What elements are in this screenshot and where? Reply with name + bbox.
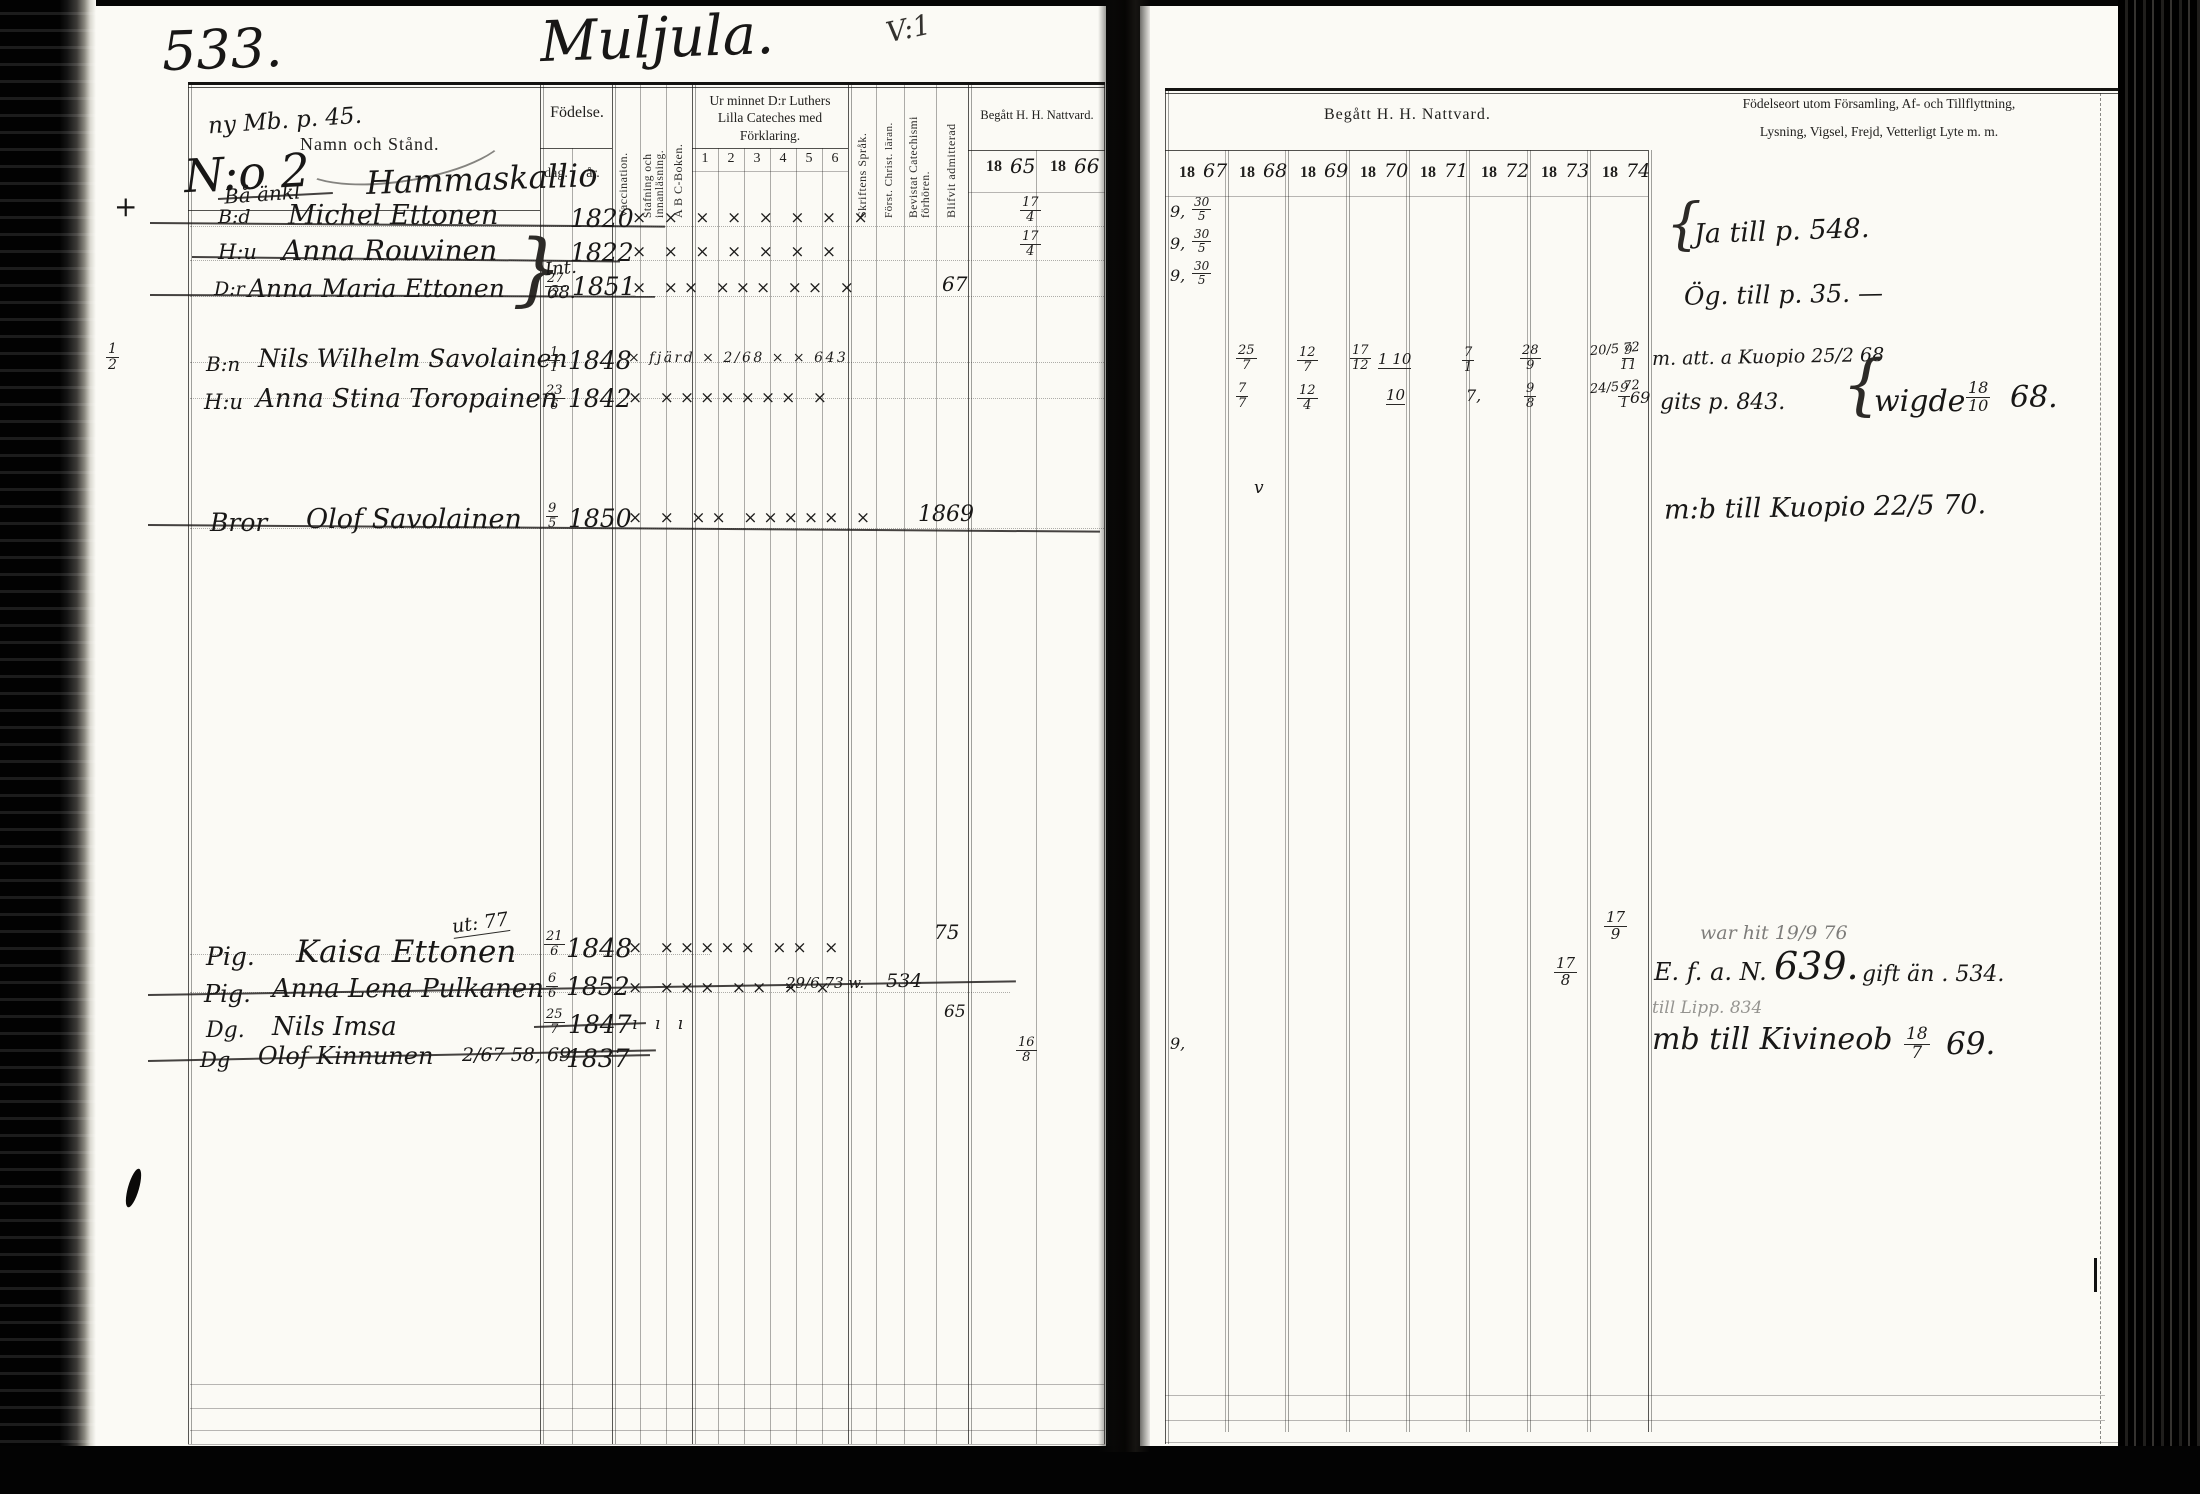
entry-1-communion-date: 174 [1020, 230, 1041, 258]
frac-top: 25 [544, 1008, 565, 1023]
grid-line-v [796, 148, 797, 1444]
grid-line-v [1466, 150, 1467, 1432]
year-1868-printed: 18 [1239, 164, 1255, 182]
frac-bottom: 4 [1303, 399, 1311, 413]
grid-line-h [692, 148, 848, 149]
grid-line-v [770, 148, 771, 1444]
grid-line-v [1587, 150, 1588, 1432]
annotation-moved-kivine-date: 187 [1904, 1026, 1930, 1063]
header-spelling-2: innanläsning. [654, 98, 666, 218]
grid-line-h [692, 171, 848, 172]
frac-top: 17 [1350, 344, 1371, 359]
year-1872-printed: 18 [1481, 164, 1497, 182]
table-left-border [188, 84, 189, 1444]
annotation-moved-kuopio: m:b till Kuopio 22/5 70. [1664, 489, 1987, 526]
frac-bottom: 4 [1026, 245, 1034, 259]
comm-mark-frac: 257 [1236, 344, 1257, 372]
frac-bottom: 7 [1911, 1045, 1922, 1063]
footer-rule [1165, 1420, 2105, 1421]
frac-bottom: 6 [550, 399, 558, 413]
header-cat-col-4: 4 [770, 151, 796, 167]
frac-top: 25 [1236, 344, 1257, 359]
entry-3-reading-marks: × fjärd × 2/68 × × 643 [628, 350, 848, 366]
header-attended-2: förhören. [920, 96, 932, 218]
grid-line-v [876, 84, 877, 1444]
frac-top: 27 [545, 272, 566, 287]
comm-mark-frac: 71 [1462, 346, 1474, 374]
entry-4-birth-day: 236 [544, 384, 565, 412]
entry-3-name: Nils Wilhelm Savolainen [258, 344, 568, 373]
table-top-rule-right [1165, 88, 2118, 91]
annotation-faint-834: till Lipp. 834 [1652, 998, 1762, 1018]
header-catechism-3: Förklaring. [694, 128, 846, 144]
header-birth: Födelse. [542, 104, 612, 122]
entry-0-name: Michel Ettonen [288, 200, 498, 231]
comm-mark-frac: 305 [1192, 260, 1211, 286]
comm-mark-frac: 289 [1520, 344, 1541, 372]
frac-top: 9 [546, 502, 558, 517]
frac-top: 23 [544, 384, 565, 399]
frac-bottom: 5 [1198, 210, 1206, 223]
ink-mark [2094, 1258, 2097, 1292]
frac-top: 9 [1524, 382, 1536, 397]
grid-line-v [1648, 150, 1649, 1432]
year-1871-hw: 71 [1444, 160, 1468, 182]
annotation-moved-to-35: Ög. till p. 35. — [1684, 278, 1883, 310]
grid-line-v [1406, 150, 1407, 1432]
grid-line-v [1225, 150, 1226, 1432]
year-1870-printed: 18 [1360, 164, 1376, 182]
entry-2-prefix: D:r [214, 278, 245, 300]
header-vaccination: Vaccination. [616, 96, 631, 218]
frac-bottom: 4 [1026, 211, 1034, 225]
frac-bottom: 5 [1198, 274, 1206, 287]
comm-mark: 9, [1170, 202, 1185, 221]
entry-2-admitted: 67 [942, 272, 967, 296]
grid-line-v [968, 84, 969, 1444]
annotation-was-here-76: war hit 19/9 76 [1700, 922, 1848, 944]
frac-bottom: 7 [1238, 397, 1246, 411]
entry-0-year: 1820 [570, 204, 634, 233]
entry-6-admitted: 75 [934, 920, 959, 944]
entry-5-prefix: Bror [210, 508, 267, 537]
entry-5-reading-marks: × × ×× ××××× × [628, 508, 876, 528]
year-1873-hw: 73 [1565, 160, 1589, 182]
table-right-border [1104, 84, 1105, 1444]
entry-3-year: 1848 [568, 346, 632, 375]
comm-mark: 1 10 [1378, 350, 1411, 369]
gutter-shadow [1098, 0, 1150, 1452]
annotation-moved-to-548: Ja till p. 548. [1694, 213, 1870, 250]
year-1866-printed: 18 [1050, 158, 1066, 176]
comm-tick: v [1254, 478, 1264, 498]
page-title: Muljula. [539, 2, 775, 75]
entry-6-birth-day: 216 [544, 930, 565, 958]
frac-bottom: 2 [108, 358, 117, 373]
annotation-married-year: 68. [2010, 380, 2058, 415]
comm-mark-frac: 305 [1192, 196, 1211, 222]
grid-line-v [1036, 150, 1037, 1444]
entry-4-year: 1842 [568, 384, 632, 413]
frac-bottom: 7 [1242, 359, 1250, 373]
comm-mark-frac: 179 [1604, 910, 1627, 943]
comm-mark-frac: 77 [1236, 382, 1248, 410]
comm-mark: 7, [1466, 386, 1481, 405]
frac-top: 30 [1192, 228, 1211, 242]
grid-line-v [718, 148, 719, 1444]
header-spelling-1: Stafning och [642, 98, 654, 218]
frac-bottom: 9 [1611, 927, 1621, 943]
bottom-edge-band [0, 1446, 2200, 1494]
entry-3-prefix: B:n [206, 352, 240, 376]
frac-top: 30 [1192, 260, 1211, 274]
footer-rule [190, 1384, 1104, 1385]
entry-0-reading-marks: × × × × × × × × [632, 208, 874, 228]
entry-8-birth-day: 257 [544, 1008, 565, 1036]
entry-6-prefix: Pig. [206, 942, 255, 971]
year-1874-printed: 18 [1602, 164, 1618, 182]
year-1869-hw: 69 [1324, 160, 1348, 182]
frac-bottom: 1 [1464, 361, 1472, 375]
grid-line-h [1165, 196, 1648, 197]
header-cat-col-3: 3 [744, 151, 770, 167]
entry-0-prefix: B:d [218, 206, 251, 228]
year-1867-hw: 67 [1203, 160, 1227, 182]
year-1866-hw: 66 [1074, 154, 1099, 178]
grid-line-v [904, 84, 905, 1444]
frac-top: 12 [1297, 346, 1318, 361]
year-1865-hw: 65 [1010, 154, 1035, 178]
entry-3-margin-half: 12 [106, 342, 119, 372]
right-annotation-divider [2100, 88, 2101, 1444]
entry-6-reading-marks: × ××××× ×× × [628, 938, 844, 958]
comm-mark: 9, [1170, 234, 1185, 253]
grid-line-v [822, 148, 823, 1444]
frac-top: 16 [1016, 1036, 1037, 1051]
comm-mark-frac: 124 [1297, 384, 1318, 412]
annotation-69: 69 [1630, 388, 1650, 407]
comm-mark-frac: 91 [1618, 382, 1630, 410]
grid-line-v [1285, 150, 1286, 1432]
table-top-rule-right2 [1165, 93, 2118, 94]
frac-bottom: 2 [551, 287, 559, 301]
frac-top: 9 [1618, 382, 1630, 397]
frac-top: 12 [1297, 384, 1318, 399]
annotation-ref-639: 639. [1774, 944, 1859, 988]
table-bottom-rule [188, 1444, 1105, 1445]
footer-rule [1165, 1442, 2118, 1443]
right-edge-band [2118, 0, 2200, 1494]
entry-2-name: Anna Maria Ettonen [248, 274, 505, 303]
entry-4-reading-marks: × ××××××× × [628, 388, 833, 408]
header-abc-book: A B C-Boken. [671, 96, 686, 218]
comm-mark-frac: 98 [1524, 382, 1536, 410]
annotation-moved-kivine-year: 69. [1946, 1026, 1995, 1062]
comm-mark: 9, [1170, 266, 1185, 285]
frac-top: 6 [546, 972, 558, 987]
year-1872-hw: 72 [1505, 160, 1529, 182]
grid-line-h [968, 150, 1105, 151]
year-1871-printed: 18 [1420, 164, 1436, 182]
entry-2-reading-marks: × ×× ××× ×× × [632, 278, 860, 298]
comm-mark: 9, [1170, 1034, 1185, 1053]
scanned-parish-register: Namn och Stånd. Födelse. dag. år. Vaccin… [0, 0, 2200, 1494]
grid-line-h [1165, 150, 1648, 151]
year-1868-hw: 68 [1263, 160, 1287, 182]
entry-0-communion-date: 174 [1020, 196, 1041, 224]
comm-mark-frac: 127 [1297, 346, 1318, 374]
entry-1-year: 1822 [570, 238, 634, 267]
frac-bottom: 8 [1561, 973, 1571, 989]
entry-3-birth-day: 11 [548, 346, 560, 374]
frac-top: 9 [1622, 344, 1634, 359]
footer-rule [190, 1408, 1104, 1409]
comm-mark-frac: 178 [1554, 956, 1577, 989]
entry-6-year: 1848 [566, 934, 632, 964]
household-name: Hammaskallio [365, 156, 598, 202]
frac-top: 30 [1192, 196, 1211, 210]
header-admitted: Blifvit admitterad [944, 96, 959, 218]
footer-rule [1165, 1395, 2105, 1396]
entry-1-reading-marks: × × × × × × × [632, 242, 842, 262]
header-cat-col-2: 2 [718, 151, 744, 167]
left-edge-band [0, 0, 96, 1494]
right-table-right-border [2118, 88, 2119, 1444]
grid-line-h [540, 148, 612, 149]
frac-bottom: 8 [1022, 1051, 1030, 1065]
frac-top: 21 [544, 930, 565, 945]
comm-mark: 10 [1386, 386, 1405, 405]
entry-9-year: 1837 [566, 1044, 630, 1073]
page-number: 533. [161, 16, 283, 83]
comm-mark-frac: 1712 [1350, 344, 1371, 372]
frac-bottom: 10 [1968, 398, 1988, 415]
entry-8-prefix: Dg. [206, 1018, 245, 1043]
header-notes-1: Födelseort utom Församling, Af- och Till… [1660, 96, 2098, 112]
year-1869-printed: 18 [1300, 164, 1316, 182]
header-scripture: Skriftens Språk. [855, 96, 870, 218]
grid-line-v [744, 148, 745, 1444]
frac-top: 1 [106, 342, 119, 358]
frac-bottom: 11 [1620, 359, 1637, 373]
entry-6-name: Kaisa Ettonen [296, 934, 516, 970]
entry-7-birth-day: 66 [546, 972, 558, 1000]
frac-bottom: 9 [1526, 359, 1534, 373]
header-notes-2: Lysning, Vigsel, Frejd, Vetterligt Lyte … [1660, 124, 2098, 140]
header-communion-right: Begått H. H. Nattvard. [1324, 106, 1491, 124]
frac-bottom: 5 [1198, 242, 1206, 255]
right-table-left-border [1165, 88, 1166, 1444]
header-christ-doctrine: Först. Christ. läran. [883, 96, 895, 218]
entry-5-admitted: 1869 [918, 502, 974, 527]
entry-5-name: Olof Savolainen [306, 504, 522, 535]
header-attended-1: Bevistat Catechismi [908, 96, 920, 218]
grid-line-v [1346, 150, 1347, 1432]
entry-8-name: Nils Imsa [272, 1012, 397, 1042]
year-1865-printed: 18 [986, 158, 1002, 176]
header-cat-col-5: 5 [796, 151, 822, 167]
annotation-ref-534: gift än . 534. [1862, 962, 2004, 987]
annotation-ref-1: E. f. a. N. [1654, 958, 1767, 986]
entry-8-admitted: 65 [944, 1002, 966, 1022]
comm-mark-frac: 911 [1620, 344, 1637, 372]
header-catechism-1: Ur minnet D:r Luthers [694, 92, 846, 110]
header-cat-col-1: 1 [692, 151, 718, 167]
entry-0-margin-cross: + [114, 190, 137, 223]
grid-line-v [936, 84, 937, 1444]
entry-1-name: Anna Rouvinen [282, 234, 497, 267]
frac-bottom: 1 [550, 361, 558, 375]
year-1867-printed: 18 [1179, 164, 1195, 182]
annotation-married-date: 1810 [1966, 380, 1990, 415]
frac-top: 17 [1020, 230, 1041, 245]
right-page [1140, 6, 2120, 1446]
frac-top: 28 [1520, 344, 1541, 359]
frac-top: 7 [1236, 382, 1248, 397]
frac-top: 1 [548, 346, 560, 361]
header-communion-left: Begått H. H. Nattvard. [970, 108, 1104, 123]
header-cat-col-6: 6 [822, 151, 848, 167]
annotation-gits-843: gits p. 843. [1660, 390, 1785, 415]
entry-1-prefix: H:u [218, 240, 257, 264]
year-1873-printed: 18 [1541, 164, 1557, 182]
annotation-moved-kivine: mb till Kivineob [1652, 1022, 1892, 1057]
year-1870-hw: 70 [1384, 160, 1408, 182]
year-1874-hw: 74 [1626, 160, 1650, 182]
frac-bottom: 8 [1526, 397, 1534, 411]
entry-4-prefix: H:u [204, 390, 243, 414]
frac-bottom: 12 [1352, 359, 1369, 373]
annotation-married-word: wigde [1874, 384, 1965, 419]
comm-mark-frac: 305 [1192, 228, 1211, 254]
footer-rule [190, 1430, 1104, 1431]
frac-bottom: 1 [1620, 397, 1628, 411]
entry-4-name: Anna Stina Toropainen [256, 384, 558, 414]
entry-9-communion-date: 168 [1016, 1036, 1037, 1064]
header-catechism-2: Lilla Cateches med [694, 110, 846, 126]
frac-bottom: 6 [550, 945, 558, 959]
grid-line-h [968, 192, 1105, 193]
frac-bottom: 7 [1303, 361, 1311, 375]
grid-line-v [572, 148, 573, 1444]
frac-top: 7 [1462, 346, 1474, 361]
frac-top: 17 [1020, 196, 1041, 211]
